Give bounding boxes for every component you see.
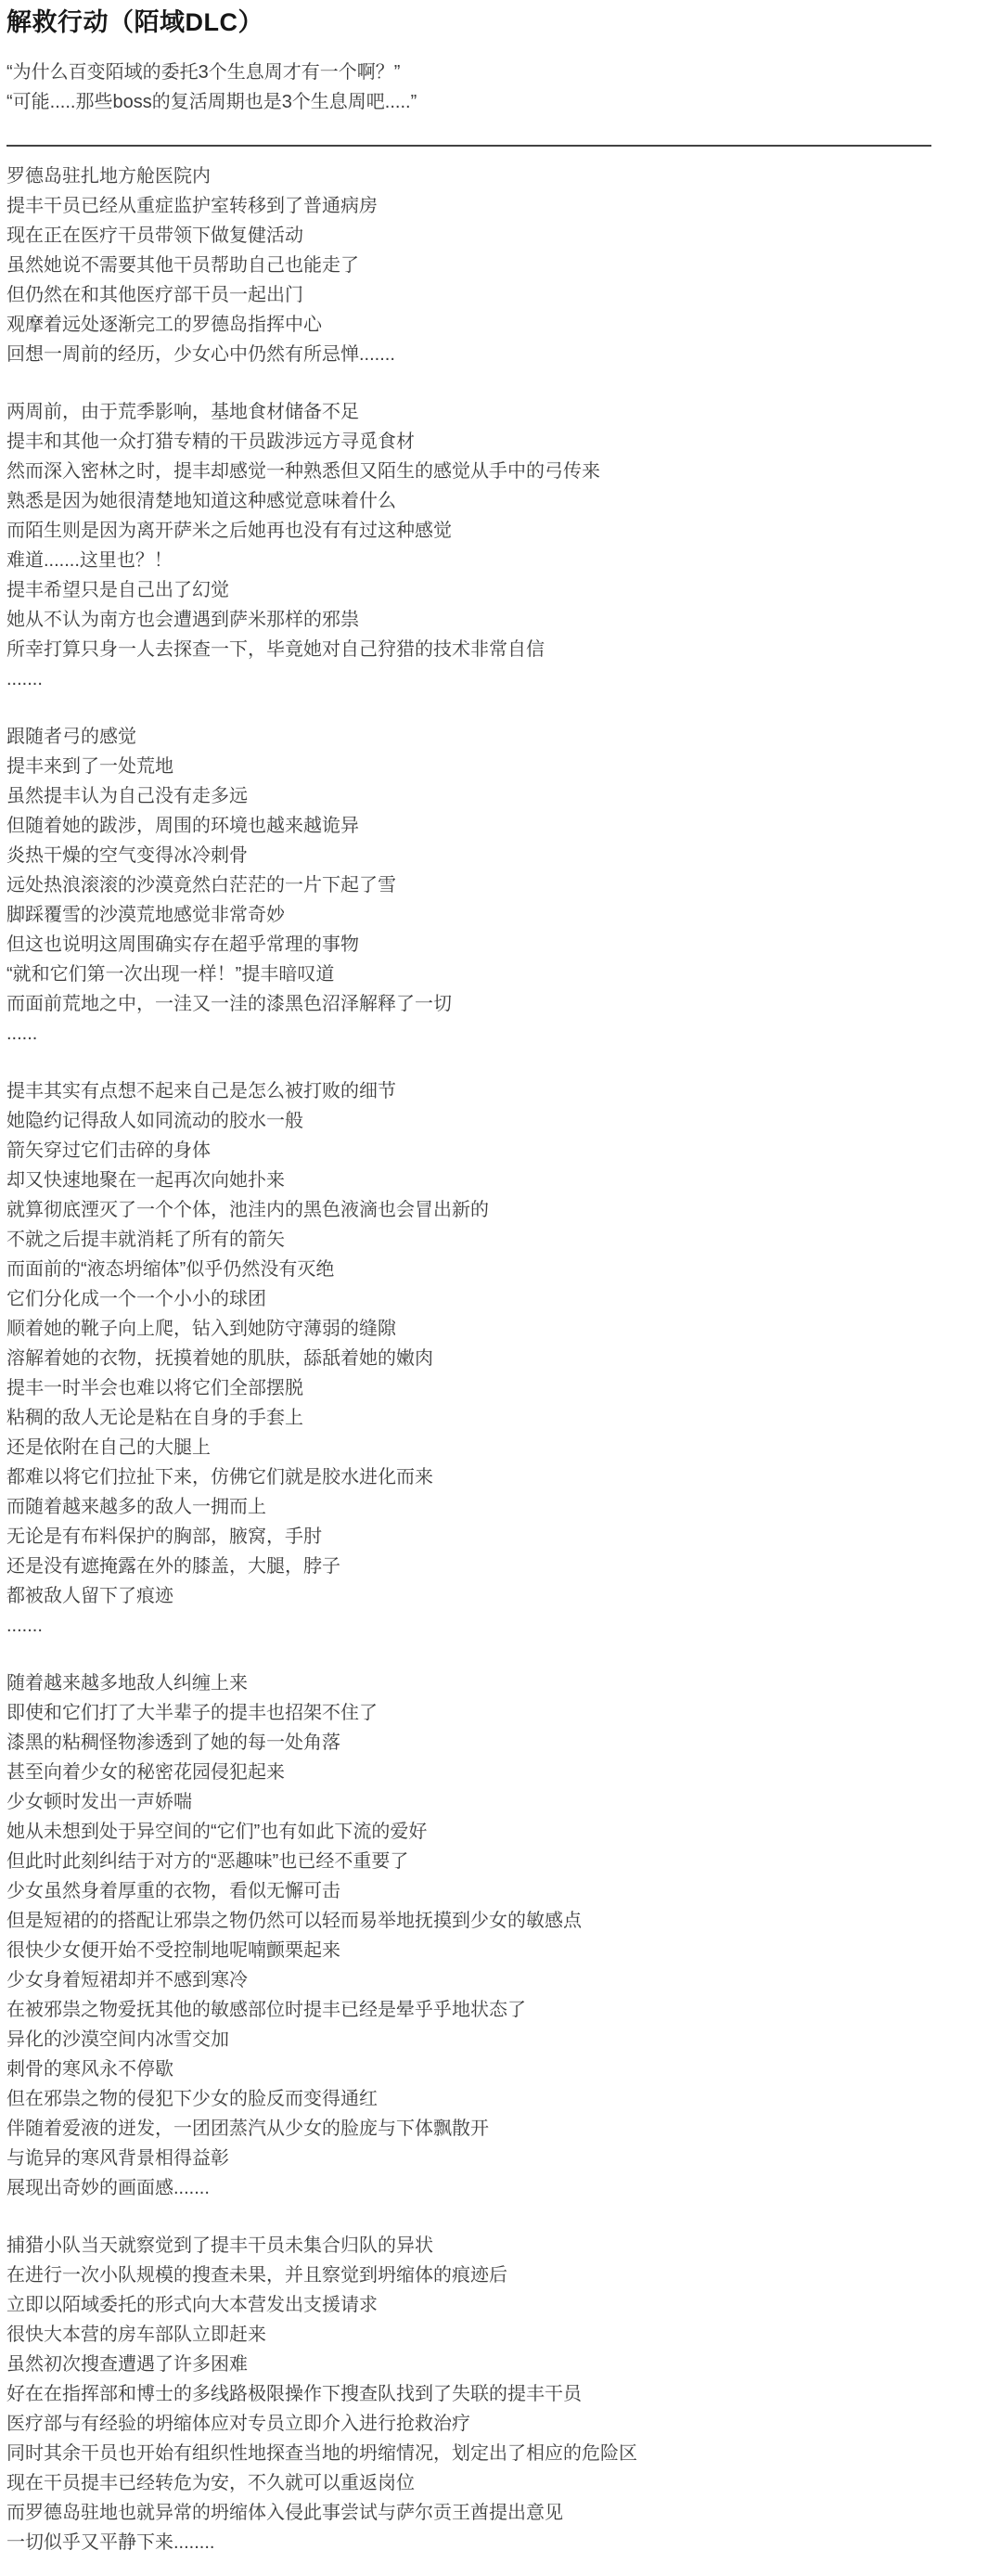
section-divider (6, 145, 931, 147)
story-paragraph: “为什么百变陌域的委托3个生息周才有一个啊？”“可能.....那些boss的复活… (6, 58, 951, 117)
page-title: 解救行动（陌域DLC） (6, 7, 951, 37)
story-paragraph: 提丰其实有点想不起来自己是怎么被打败的细节她隐约记得敌人如同流动的胶水一般箭矢穿… (6, 1076, 951, 1641)
story-paragraph: 两周前，由于荒季影响，基地食材储备不足提丰和其他一众打猎专精的干员跋涉远方寻觅食… (6, 397, 951, 694)
story-paragraph: 随着越来越多地敌人纠缠上来即使和它们打了大半辈子的提丰也招架不住了漆黑的粘稠怪物… (6, 1668, 951, 2203)
story-paragraph: 罗德岛驻扎地方舱医院内提丰干员已经从重症监护室转移到了普通病房现在正在医疗干员带… (6, 161, 951, 369)
story-paragraph: 捕猎小队当天就察觉到了提丰干员未集合归队的异状在进行一次小队规模的搜查未果，并且… (6, 2231, 951, 2557)
story-paragraph: 跟随者弓的感觉提丰来到了一处荒地虽然提丰认为自己没有走多远但随着她的跋涉，周围的… (6, 722, 951, 1049)
story-text: “为什么百变陌域的委托3个生息周才有一个啊？”“可能.....那些boss的复活… (6, 58, 951, 2557)
